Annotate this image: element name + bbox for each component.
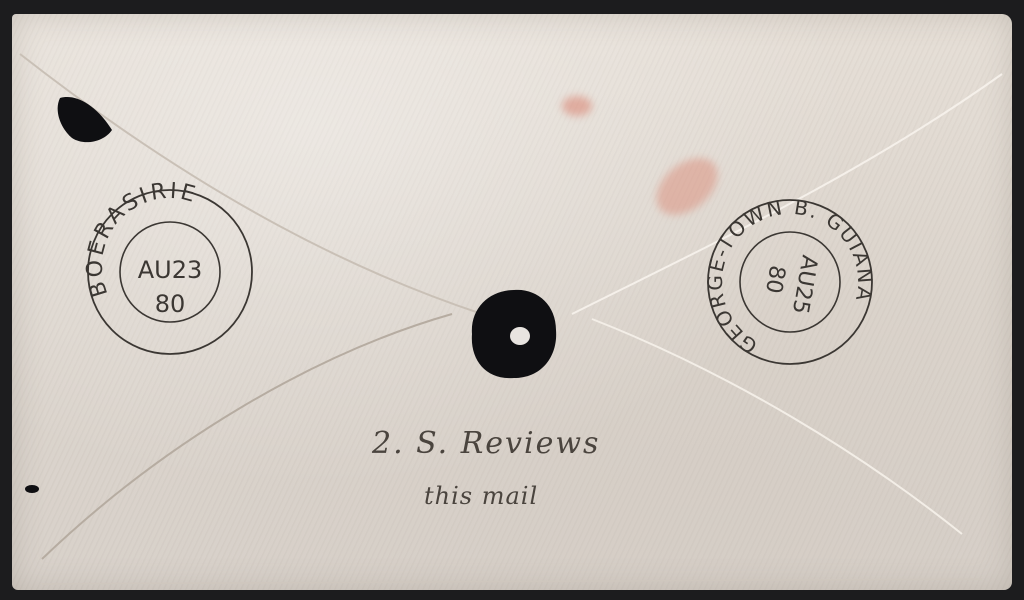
- postmark-date: AU23: [138, 256, 203, 284]
- envelope-back: BOERASIRIE AU23 80 GEORGE-TOWN B. GUIANA…: [12, 14, 1012, 590]
- postmark-year: 80: [155, 290, 186, 318]
- svg-text:GEORGE-TOWN B. GUIANA: GEORGE-TOWN B. GUIANA: [700, 192, 880, 372]
- postmark-george-town: GEORGE-TOWN B. GUIANA AU25 80: [700, 192, 880, 372]
- postmark-year: 80: [760, 263, 789, 295]
- small-wax-drop: [22, 482, 42, 496]
- red-stain: [562, 96, 592, 116]
- wax-seal-center: [464, 284, 564, 384]
- handwritten-note-line2: this mail: [424, 482, 538, 510]
- postmark-boerasirie: BOERASIRIE AU23 80: [82, 182, 262, 362]
- postmark-date: AU25: [787, 253, 822, 316]
- handwritten-note-line1: 2. S. Reviews: [372, 426, 600, 461]
- wax-seal-corner: [54, 90, 124, 150]
- postmark-ring-text: GEORGE-TOWN B. GUIANA: [700, 192, 880, 372]
